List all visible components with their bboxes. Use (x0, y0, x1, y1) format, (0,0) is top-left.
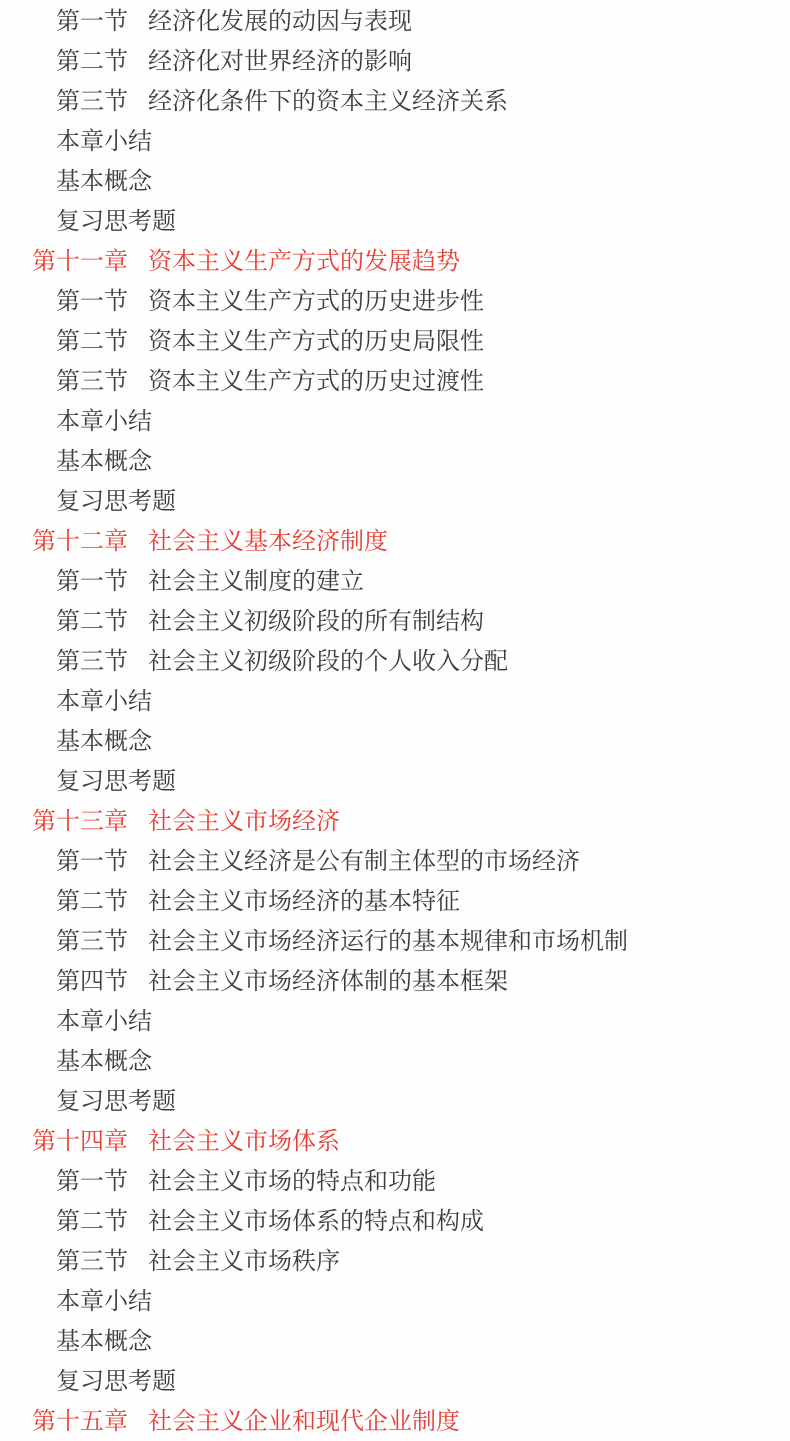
section-title: 社会主义制度的建立 (148, 562, 364, 602)
chapter-title: 社会主义市场经济 (148, 802, 340, 842)
toc-entry-text: 基本概念 (56, 1322, 152, 1362)
table-of-contents: 第一节经济化发展的动因与表现第二节经济化对世界经济的影响第三节经济化条件下的资本… (0, 0, 790, 1441)
section-title: 资本主义生产方式的历史过渡性 (148, 362, 484, 402)
toc-section-row: 第二节社会主义市场体系的特点和构成 (0, 1202, 790, 1242)
section-number-label: 第一节 (56, 2, 148, 42)
toc-entry-text: 基本概念 (56, 722, 152, 762)
toc-section-row: 第一节社会主义经济是公有制主体型的市场经济 (0, 842, 790, 882)
toc-section-row: 第一节资本主义生产方式的历史进步性 (0, 282, 790, 322)
section-number-label: 第一节 (56, 1162, 148, 1202)
toc-plain-row: 基本概念 (0, 162, 790, 202)
toc-plain-row: 复习思考题 (0, 762, 790, 802)
toc-entry-text: 复习思考题 (56, 1082, 176, 1122)
toc-plain-row: 本章小结 (0, 682, 790, 722)
section-number-label: 第三节 (56, 362, 148, 402)
toc-section-row: 第三节经济化条件下的资本主义经济关系 (0, 82, 790, 122)
section-number-label: 第四节 (56, 962, 148, 1002)
toc-entry-text: 基本概念 (56, 162, 152, 202)
chapter-number-label: 第十三章 (32, 802, 148, 842)
toc-section-row: 第一节经济化发展的动因与表现 (0, 2, 790, 42)
toc-plain-row: 本章小结 (0, 1282, 790, 1322)
toc-section-row: 第三节社会主义市场经济运行的基本规律和市场机制 (0, 922, 790, 962)
toc-entry-text: 复习思考题 (56, 202, 176, 242)
toc-plain-row: 复习思考题 (0, 1362, 790, 1402)
toc-plain-row: 基本概念 (0, 1322, 790, 1362)
section-title: 资本主义生产方式的历史局限性 (148, 322, 484, 362)
section-title: 经济化条件下的资本主义经济关系 (148, 82, 508, 122)
section-title: 资本主义生产方式的历史进步性 (148, 282, 484, 322)
section-number-label: 第三节 (56, 82, 148, 122)
toc-section-row: 第二节社会主义市场经济的基本特征 (0, 882, 790, 922)
section-title: 社会主义市场经济运行的基本规律和市场机制 (148, 922, 628, 962)
toc-entry-text: 本章小结 (56, 1002, 152, 1042)
section-title: 社会主义初级阶段的所有制结构 (148, 602, 484, 642)
toc-chapter-row: 第十五章社会主义企业和现代企业制度 (0, 1402, 790, 1441)
toc-entry-text: 复习思考题 (56, 1362, 176, 1402)
chapter-title: 社会主义市场体系 (148, 1122, 340, 1162)
toc-chapter-row: 第十二章社会主义基本经济制度 (0, 522, 790, 562)
toc-plain-row: 本章小结 (0, 122, 790, 162)
section-title: 社会主义初级阶段的个人收入分配 (148, 642, 508, 682)
toc-chapter-row: 第十三章社会主义市场经济 (0, 802, 790, 842)
section-title: 社会主义市场的特点和功能 (148, 1162, 436, 1202)
section-title: 经济化发展的动因与表现 (148, 2, 412, 42)
section-number-label: 第三节 (56, 1242, 148, 1282)
chapter-number-label: 第十五章 (32, 1402, 148, 1441)
toc-section-row: 第一节社会主义市场的特点和功能 (0, 1162, 790, 1202)
toc-section-row: 第三节社会主义市场秩序 (0, 1242, 790, 1282)
section-title: 社会主义市场经济的基本特征 (148, 882, 460, 922)
toc-section-row: 第三节资本主义生产方式的历史过渡性 (0, 362, 790, 402)
toc-plain-row: 复习思考题 (0, 202, 790, 242)
toc-plain-row: 基本概念 (0, 722, 790, 762)
toc-plain-row: 本章小结 (0, 402, 790, 442)
toc-entry-text: 复习思考题 (56, 762, 176, 802)
chapter-title: 资本主义生产方式的发展趋势 (148, 242, 460, 282)
toc-plain-row: 基本概念 (0, 442, 790, 482)
section-title: 社会主义经济是公有制主体型的市场经济 (148, 842, 580, 882)
toc-plain-row: 本章小结 (0, 1002, 790, 1042)
chapter-number-label: 第十一章 (32, 242, 148, 282)
toc-entry-text: 本章小结 (56, 122, 152, 162)
toc-entry-text: 复习思考题 (56, 482, 176, 522)
toc-entry-text: 本章小结 (56, 1282, 152, 1322)
toc-plain-row: 复习思考题 (0, 482, 790, 522)
toc-plain-row: 基本概念 (0, 1042, 790, 1082)
section-title: 社会主义市场体系的特点和构成 (148, 1202, 484, 1242)
toc-plain-row: 复习思考题 (0, 1082, 790, 1122)
section-title: 社会主义市场秩序 (148, 1242, 340, 1282)
section-number-label: 第三节 (56, 922, 148, 962)
section-number-label: 第二节 (56, 322, 148, 362)
section-number-label: 第三节 (56, 642, 148, 682)
section-number-label: 第二节 (56, 882, 148, 922)
chapter-title: 社会主义基本经济制度 (148, 522, 388, 562)
toc-chapter-row: 第十四章社会主义市场体系 (0, 1122, 790, 1162)
section-number-label: 第二节 (56, 602, 148, 642)
toc-entry-text: 本章小结 (56, 682, 152, 722)
chapter-number-label: 第十二章 (32, 522, 148, 562)
toc-section-row: 第二节资本主义生产方式的历史局限性 (0, 322, 790, 362)
section-number-label: 第一节 (56, 842, 148, 882)
toc-section-row: 第四节社会主义市场经济体制的基本框架 (0, 962, 790, 1002)
chapter-number-label: 第十四章 (32, 1122, 148, 1162)
toc-section-row: 第二节社会主义初级阶段的所有制结构 (0, 602, 790, 642)
toc-entry-text: 基本概念 (56, 1042, 152, 1082)
toc-section-row: 第三节社会主义初级阶段的个人收入分配 (0, 642, 790, 682)
toc-chapter-row: 第十一章资本主义生产方式的发展趋势 (0, 242, 790, 282)
toc-entry-text: 基本概念 (56, 442, 152, 482)
toc-entry-text: 本章小结 (56, 402, 152, 442)
toc-section-row: 第一节社会主义制度的建立 (0, 562, 790, 602)
section-number-label: 第一节 (56, 282, 148, 322)
section-title: 经济化对世界经济的影响 (148, 42, 412, 82)
toc-section-row: 第二节经济化对世界经济的影响 (0, 42, 790, 82)
section-title: 社会主义市场经济体制的基本框架 (148, 962, 508, 1002)
section-number-label: 第一节 (56, 562, 148, 602)
section-number-label: 第二节 (56, 1202, 148, 1242)
section-number-label: 第二节 (56, 42, 148, 82)
chapter-title: 社会主义企业和现代企业制度 (148, 1402, 460, 1441)
